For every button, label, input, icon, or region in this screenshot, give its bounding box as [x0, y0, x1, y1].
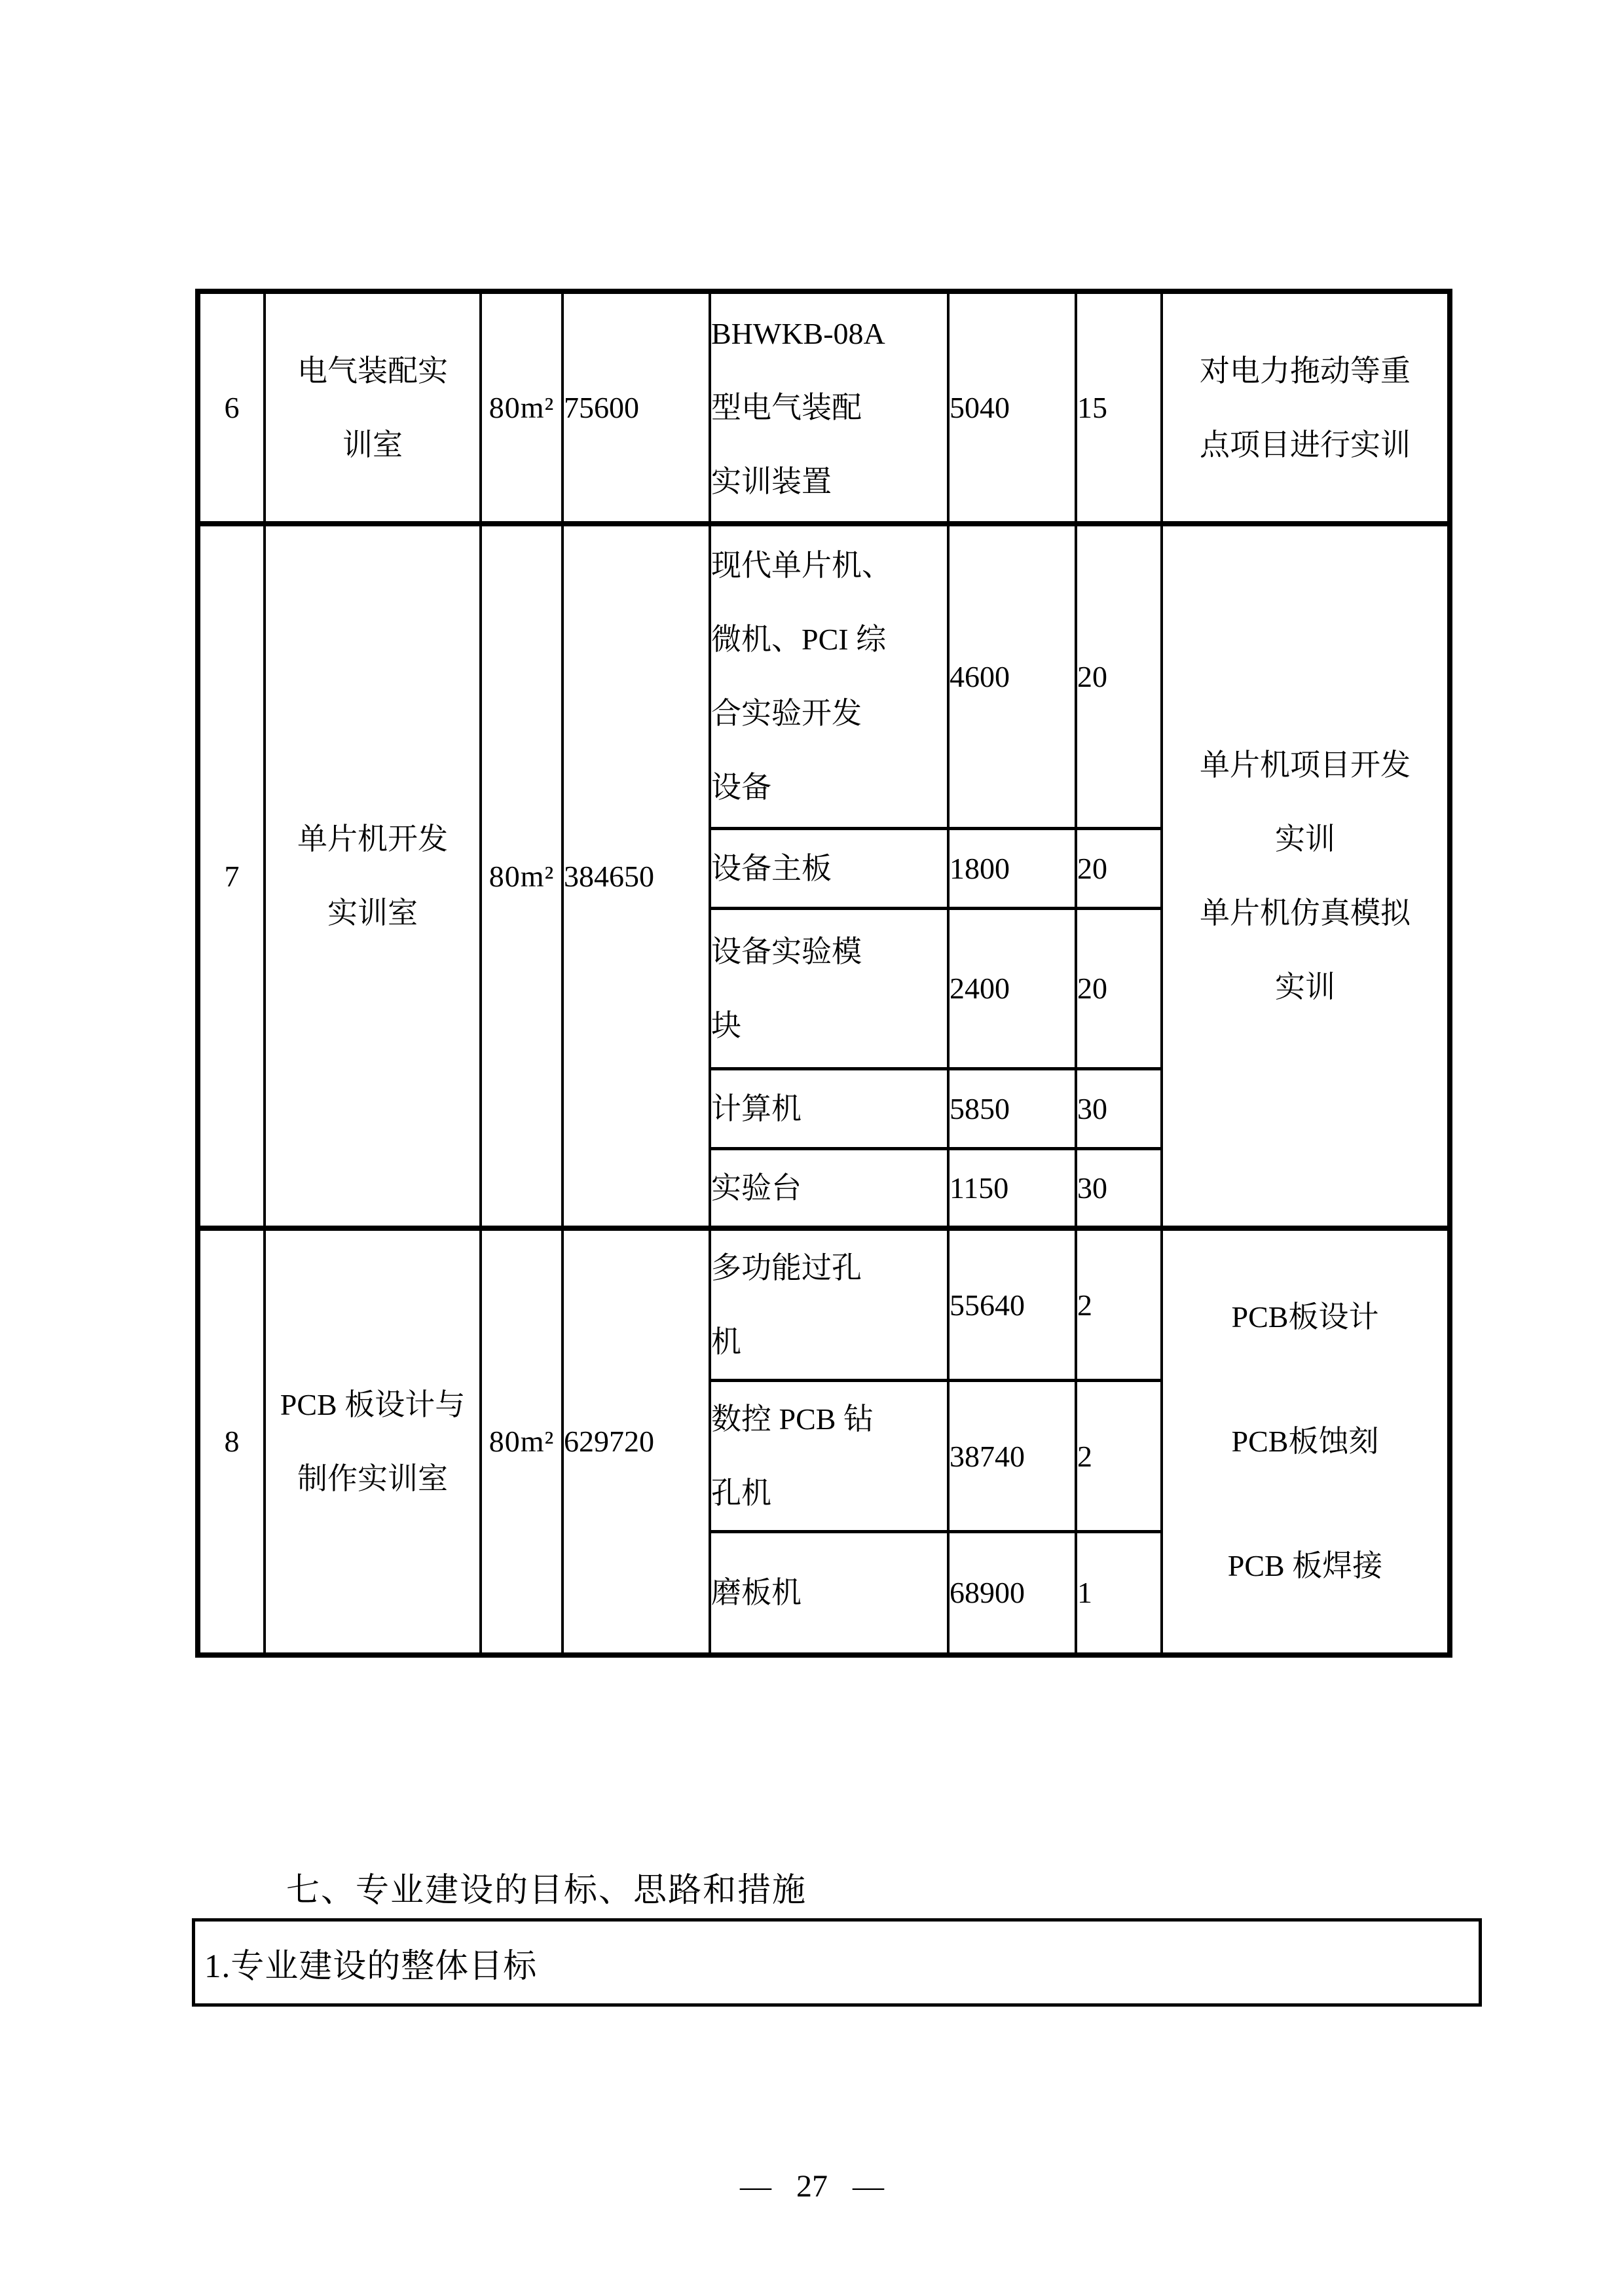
area-cell: 80m² [481, 291, 563, 524]
quantity-cell: 2 [1076, 1228, 1162, 1381]
serial-cell: 8 [198, 1228, 265, 1655]
quantity-cell: 15 [1076, 291, 1162, 524]
equipment-name-cell: 磨板机 [710, 1532, 948, 1655]
equipment-name-cell: 计算机 [710, 1068, 948, 1148]
quantity-cell: 2 [1076, 1381, 1162, 1532]
area-cell: 80m² [481, 1228, 563, 1655]
page-number: — 27 — [0, 2168, 1624, 2204]
equipment-name-cell: 数控 PCB 钻 孔机 [710, 1381, 948, 1532]
unit-price-cell: 68900 [948, 1532, 1076, 1655]
goal-box: 1.专业建设的整体目标 [192, 1918, 1482, 2007]
equipment-name-cell: 多功能过孔 机 [710, 1228, 948, 1381]
table-row-8: 8 PCB 板设计与 制作实训室 80m² 629720 多功能过孔 机 556… [198, 1228, 1450, 1381]
table-row-6: 6 电气装配实 训室 80m² 75600 BHWKB-08A 型电气装配 实训… [198, 291, 1450, 524]
quantity-cell: 20 [1076, 908, 1162, 1068]
cost-cell: 629720 [563, 1228, 710, 1655]
purpose-cell: PCB板设计 PCB板蚀刻 PCB 板焊接 [1162, 1228, 1450, 1655]
unit-price-cell: 5850 [948, 1068, 1076, 1148]
quantity-cell: 20 [1076, 524, 1162, 828]
unit-price-cell: 55640 [948, 1228, 1076, 1381]
equipment-name-cell: 实验台 [710, 1148, 948, 1228]
room-name-cell: 电气装配实 训室 [265, 291, 481, 524]
room-name-cell: 单片机开发 实训室 [265, 524, 481, 1228]
quantity-cell: 30 [1076, 1068, 1162, 1148]
quantity-cell: 30 [1076, 1148, 1162, 1228]
goal-box-label: 1.专业建设的整体目标 [204, 1939, 537, 1987]
quantity-cell: 20 [1076, 828, 1162, 908]
equipment-table: 6 电气装配实 训室 80m² 75600 BHWKB-08A 型电气装配 实训… [195, 289, 1452, 1658]
equipment-name-cell: 设备实验模 块 [710, 908, 948, 1068]
unit-price-cell: 1150 [948, 1148, 1076, 1228]
room-name-cell: PCB 板设计与 制作实训室 [265, 1228, 481, 1655]
purpose-cell: 单片机项目开发 实训 单片机仿真模拟 实训 [1162, 524, 1450, 1228]
unit-price-cell: 4600 [948, 524, 1076, 828]
cost-cell: 384650 [563, 524, 710, 1228]
equipment-name-cell: 现代单片机、 微机、PCI 综 合实验开发 设备 [710, 524, 948, 828]
equipment-table-wrap: 6 电气装配实 训室 80m² 75600 BHWKB-08A 型电气装配 实训… [195, 289, 1447, 1658]
area-cell: 80m² [481, 524, 563, 1228]
quantity-cell: 1 [1076, 1532, 1162, 1655]
unit-price-cell: 1800 [948, 828, 1076, 908]
cost-cell: 75600 [563, 291, 710, 524]
unit-price-cell: 5040 [948, 291, 1076, 524]
purpose-cell: 对电力拖动等重 点项目进行实训 [1162, 291, 1450, 524]
serial-cell: 7 [198, 524, 265, 1228]
table-row-7: 7 单片机开发 实训室 80m² 384650 现代单片机、 微机、PCI 综 … [198, 524, 1450, 828]
section-heading: 七、专业建设的目标、思路和措施 [286, 1871, 807, 1910]
unit-price-cell: 2400 [948, 908, 1076, 1068]
unit-price-cell: 38740 [948, 1381, 1076, 1532]
equipment-name-cell: 设备主板 [710, 828, 948, 908]
serial-cell: 6 [198, 291, 265, 524]
document-page: 6 电气装配实 训室 80m² 75600 BHWKB-08A 型电气装配 实训… [0, 0, 1624, 2296]
equipment-name-cell: BHWKB-08A 型电气装配 实训装置 [710, 291, 948, 524]
